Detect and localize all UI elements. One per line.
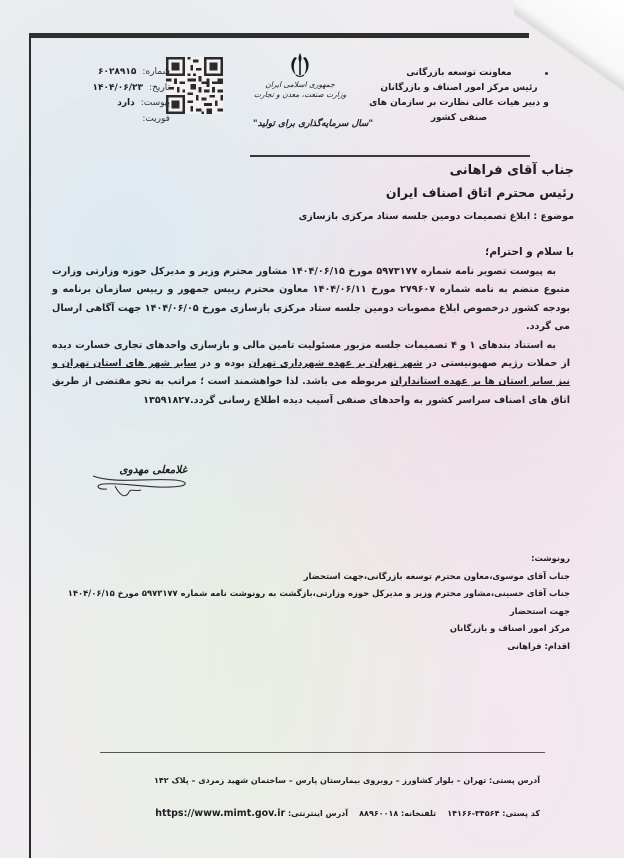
iran-emblem-icon xyxy=(285,50,315,80)
letter-number-value: ۶۰۲۸۹۱۵ xyxy=(98,65,136,81)
letter-date-label: تاریخ: xyxy=(149,81,170,97)
letter-date-value: ۱۴۰۴/۰۶/۲۳ xyxy=(93,81,144,97)
signature-block: غلامعلی مهدوی xyxy=(85,462,195,507)
cc-line: جناب آقای حسینی،مشاور محترم وزیر و مدیرک… xyxy=(52,585,570,620)
ministry-emblem-block: جمهوری اسلامی ایران وزارت صنعت، معدن و ت… xyxy=(240,50,360,100)
attachment-label: پیوست: xyxy=(141,96,170,112)
underlined-text: شهر تهران بر عهده شهرداری تهران xyxy=(249,358,423,369)
body-text: بوده و در xyxy=(197,358,249,369)
website-label: آدرس اینترنتی: xyxy=(288,809,348,818)
urgency-label: فوریت: xyxy=(142,112,170,128)
letter-number-row: شماره: ۶۰۲۸۹۱۵ xyxy=(60,65,170,81)
website-link[interactable]: https://www.mimt.gov.ir xyxy=(155,808,285,819)
cc-line: جناب آقای موسوی،معاون محترم توسعه بازرگا… xyxy=(52,568,570,586)
cc-line: اقدام: فراهانی xyxy=(52,638,570,656)
footer-divider xyxy=(100,752,545,753)
contact-line: کد پستی: ۳۴۵۶۴-۱۴۱۶۶ تلفنخانه: ۸۸۹۶۰۰۱۸ … xyxy=(110,797,540,830)
cc-block: رونوشت: جناب آقای موسوی،معاون محترم توسع… xyxy=(52,550,570,655)
postal-address: آدرس پستی: تهران – بلوار کشاورز – روبروی… xyxy=(110,764,540,797)
urgency-row: فوریت: xyxy=(60,112,170,128)
letter-footer: آدرس پستی: تهران – بلوار کشاورز – روبروی… xyxy=(110,764,540,830)
addressee-block: جناب آقای فراهانی رئیس محترم اتاق اصناف … xyxy=(174,160,574,226)
phone-number: تلفنخانه: ۸۸۹۶۰۰۱۸ xyxy=(359,809,436,818)
signatory-name: غلامعلی مهدوی xyxy=(119,464,187,476)
sender-line: معاونت توسعه بازرگانی xyxy=(354,66,564,81)
cc-line: مرکز امور اصناف و بازرگانان xyxy=(52,620,570,638)
letter-subject: موضوع : ابلاغ تصمیمات دومین جلسه ستاد مر… xyxy=(174,208,574,226)
greeting: با سلام و احترام؛ xyxy=(485,246,574,258)
body-paragraph-1: به پیوست تصویر نامه شماره ۵۹۷۳۱۷۷ مورخ ۱… xyxy=(52,263,570,337)
emblem-line-ministry: وزارت صنعت، معدن و تجارت xyxy=(240,90,360,100)
postal-code: کد پستی: ۳۴۵۶۴-۱۴۱۶۶ xyxy=(447,809,540,818)
attachment-row: پیوست: دارد xyxy=(60,96,170,112)
letter-date-row: تاریخ: ۱۴۰۴/۰۶/۲۳ xyxy=(60,81,170,97)
header-divider xyxy=(250,155,530,157)
letter-meta-block: شماره: ۶۰۲۸۹۱۵ تاریخ: ۱۴۰۴/۰۶/۲۳ پیوست: … xyxy=(60,65,170,127)
year-slogan: "سال سرمایه‌گذاری برای تولید" xyxy=(238,119,388,129)
body-paragraph-2: به استناد بندهای ۱ و ۴ تصمیمات جلسه مزبو… xyxy=(52,337,570,411)
cc-title: رونوشت: xyxy=(52,550,570,568)
addressee-salutation: جناب آقای فراهانی xyxy=(174,160,574,182)
letter-body: به پیوست تصویر نامه شماره ۵۹۷۳۱۷۷ مورخ ۱… xyxy=(52,263,570,410)
emblem-line-republic: جمهوری اسلامی ایران xyxy=(240,80,360,90)
sender-line: رئیس مرکز امور اصناف و بازرگانان xyxy=(354,81,564,96)
addressee-title: رئیس محترم اتاق اصناف ایران xyxy=(174,182,574,204)
qr-code-icon xyxy=(166,57,223,114)
header-top-bar xyxy=(29,33,529,38)
letter-number-label: شماره: xyxy=(142,65,170,81)
attachment-value: دارد xyxy=(117,96,135,112)
sender-block: معاونت توسعه بازرگانی رئیس مرکز امور اصن… xyxy=(354,66,564,126)
